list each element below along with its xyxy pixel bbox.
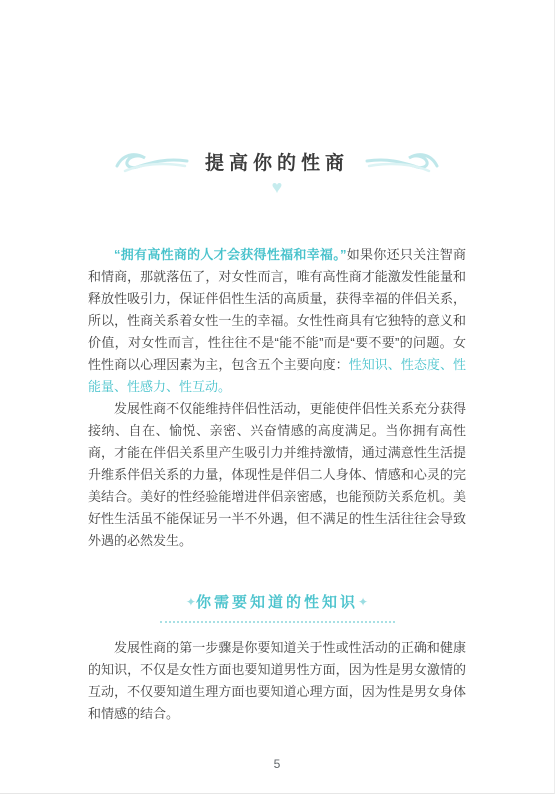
paragraph-3: 发展性商的第一步骤是你要知道关于性或性活动的正确和健康的知识，不仅是女性方面也要… xyxy=(88,637,466,725)
section-heading: ✦你需要知道的性知识✦ xyxy=(88,592,466,614)
paragraph-1-text: 如果你还只关注智商和情商，那就落伍了，对女性而言，唯有高性商才能激发性能量和释放… xyxy=(88,247,466,372)
chapter-title: 提高你的性商 xyxy=(205,148,349,175)
section-heading-text: 你需要知道的性知识 xyxy=(196,594,358,611)
page-number: 5 xyxy=(0,757,554,771)
title-heart-row: ♥ xyxy=(0,178,554,198)
book-page: 提高你的性商 ♥ “拥有高性商的人才会获得性福和幸福。”如果你还只关注智商和情商… xyxy=(0,0,555,794)
paragraph-3-text: 发展性商的第一步骤是你要知道关于性或性活动的正确和健康的知识，不仅是女性方面也要… xyxy=(88,640,466,721)
heart-icon: ♥ xyxy=(272,178,283,196)
diamond-right-icon: ✦ xyxy=(358,595,368,609)
diamond-left-icon: ✦ xyxy=(186,595,196,609)
paragraph-1: “拥有高性商的人才会获得性福和幸福。”如果你还只关注智商和情商，那就落伍了，对女… xyxy=(88,244,466,398)
body-text: “拥有高性商的人才会获得性福和幸福。”如果你还只关注智商和情商，那就落伍了，对女… xyxy=(88,244,466,725)
dotted-divider xyxy=(160,621,395,623)
lead-quote: “拥有高性商的人才会获得性福和幸福。” xyxy=(114,247,346,262)
section-heading-block: ✦你需要知道的性知识✦ xyxy=(88,592,466,623)
paragraph-2-text: 发展性商不仅能维持伴侣性活动，更能使伴侣性关系充分获得接纳、自在、愉悦、亲密、兴… xyxy=(88,401,466,548)
flourish-swirl-left-icon xyxy=(115,146,189,176)
paragraph-2: 发展性商不仅能维持伴侣性活动，更能使伴侣性关系充分获得接纳、自在、愉悦、亲密、兴… xyxy=(88,398,466,552)
chapter-title-row: 提高你的性商 xyxy=(0,146,554,176)
flourish-swirl-right-icon xyxy=(365,146,439,176)
